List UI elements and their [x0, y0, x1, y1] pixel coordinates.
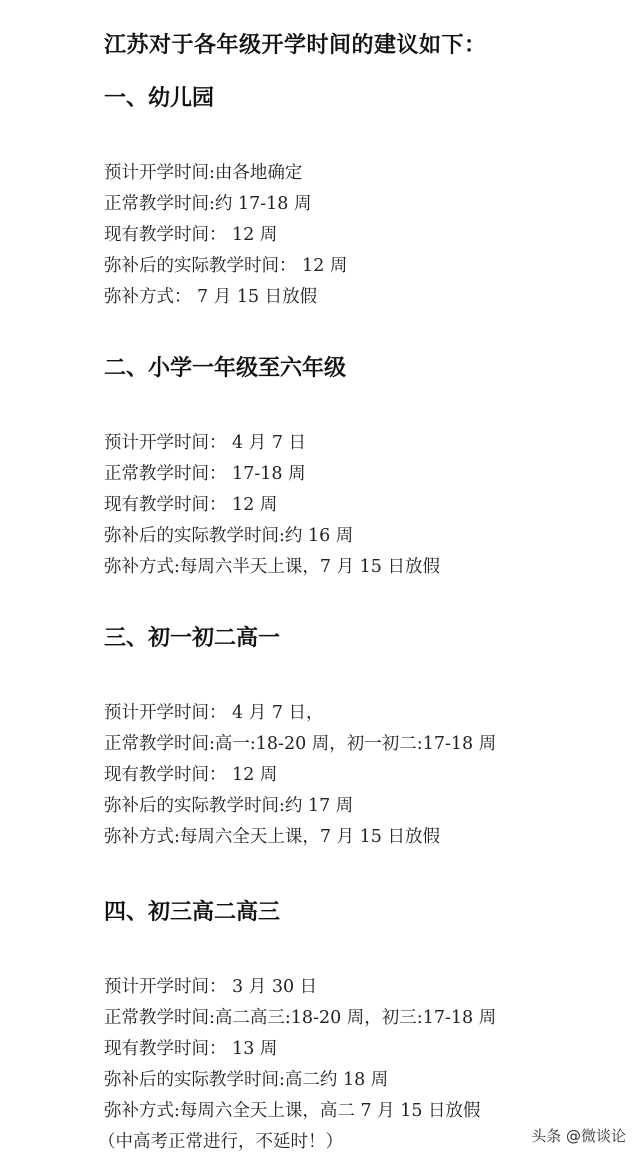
list-item: 现有教学时间： 12 周: [104, 760, 624, 791]
list-item: 正常教学时间： 17-18 周: [104, 459, 624, 490]
list-item: 弥补方式:每周六半天上课，7 月 15 日放假: [104, 552, 624, 583]
list-item: 现有教学时间： 12 周: [104, 490, 624, 521]
section-heading: 四、初三高二高三: [104, 898, 624, 928]
list-item: 弥补后的实际教学时间:约 17 周: [104, 791, 624, 822]
section-heading: 一、幼儿园: [104, 84, 624, 114]
section-heading: 三、初一初二高一: [104, 624, 624, 654]
list-item: 预计开学时间： 3 月 30 日: [104, 972, 624, 1003]
list-item: 预计开学时间： 4 月 7 日，: [104, 698, 624, 729]
list-item: 预计开学时间:由各地确定: [104, 158, 624, 189]
list-item: 现有教学时间： 12 周: [104, 220, 624, 251]
section-grade7-8-10: 三、初一初二高一 预计开学时间： 4 月 7 日， 正常教学时间:高一:18-2…: [104, 624, 624, 853]
section-heading: 二、小学一年级至六年级: [104, 354, 624, 384]
list-item: 现有教学时间： 13 周: [104, 1034, 624, 1065]
item-list: 预计开学时间： 4 月 7 日， 正常教学时间:高一:18-20 周，初一初二:…: [104, 698, 624, 853]
list-item: 弥补方式:每周六全天上课，高二 7 月 15 日放假: [104, 1096, 624, 1127]
document-title: 江苏对于各年级开学时间的建议如下：: [104, 28, 487, 59]
list-item: 弥补方式： 7 月 15 日放假: [104, 282, 624, 313]
list-item: 正常教学时间:高一:18-20 周，初一初二:17-18 周: [104, 729, 624, 760]
list-item: 弥补后的实际教学时间:约 16 周: [104, 521, 624, 552]
list-item: 弥补后的实际教学时间:高二约 18 周: [104, 1065, 624, 1096]
list-item: 弥补后的实际教学时间： 12 周: [104, 251, 624, 282]
section-kindergarten: 一、幼儿园 预计开学时间:由各地确定 正常教学时间:约 17-18 周 现有教学…: [104, 84, 624, 313]
section-grade9-11-12: 四、初三高二高三 预计开学时间： 3 月 30 日 正常教学时间:高二高三:18…: [104, 898, 624, 1158]
section-primary-school: 二、小学一年级至六年级 预计开学时间： 4 月 7 日 正常教学时间： 17-1…: [104, 354, 624, 583]
list-item: 正常教学时间:约 17-18 周: [104, 189, 624, 220]
list-item: 弥补方式:每周六全天上课，7 月 15 日放假: [104, 822, 624, 853]
list-item: 预计开学时间： 4 月 7 日: [104, 428, 624, 459]
list-item: 正常教学时间:高二高三:18-20 周，初三:17-18 周: [104, 1003, 624, 1034]
item-list: 预计开学时间:由各地确定 正常教学时间:约 17-18 周 现有教学时间： 12…: [104, 158, 624, 313]
item-list: 预计开学时间： 4 月 7 日 正常教学时间： 17-18 周 现有教学时间： …: [104, 428, 624, 583]
watermark: 头条 @微谈论: [531, 1125, 626, 1146]
